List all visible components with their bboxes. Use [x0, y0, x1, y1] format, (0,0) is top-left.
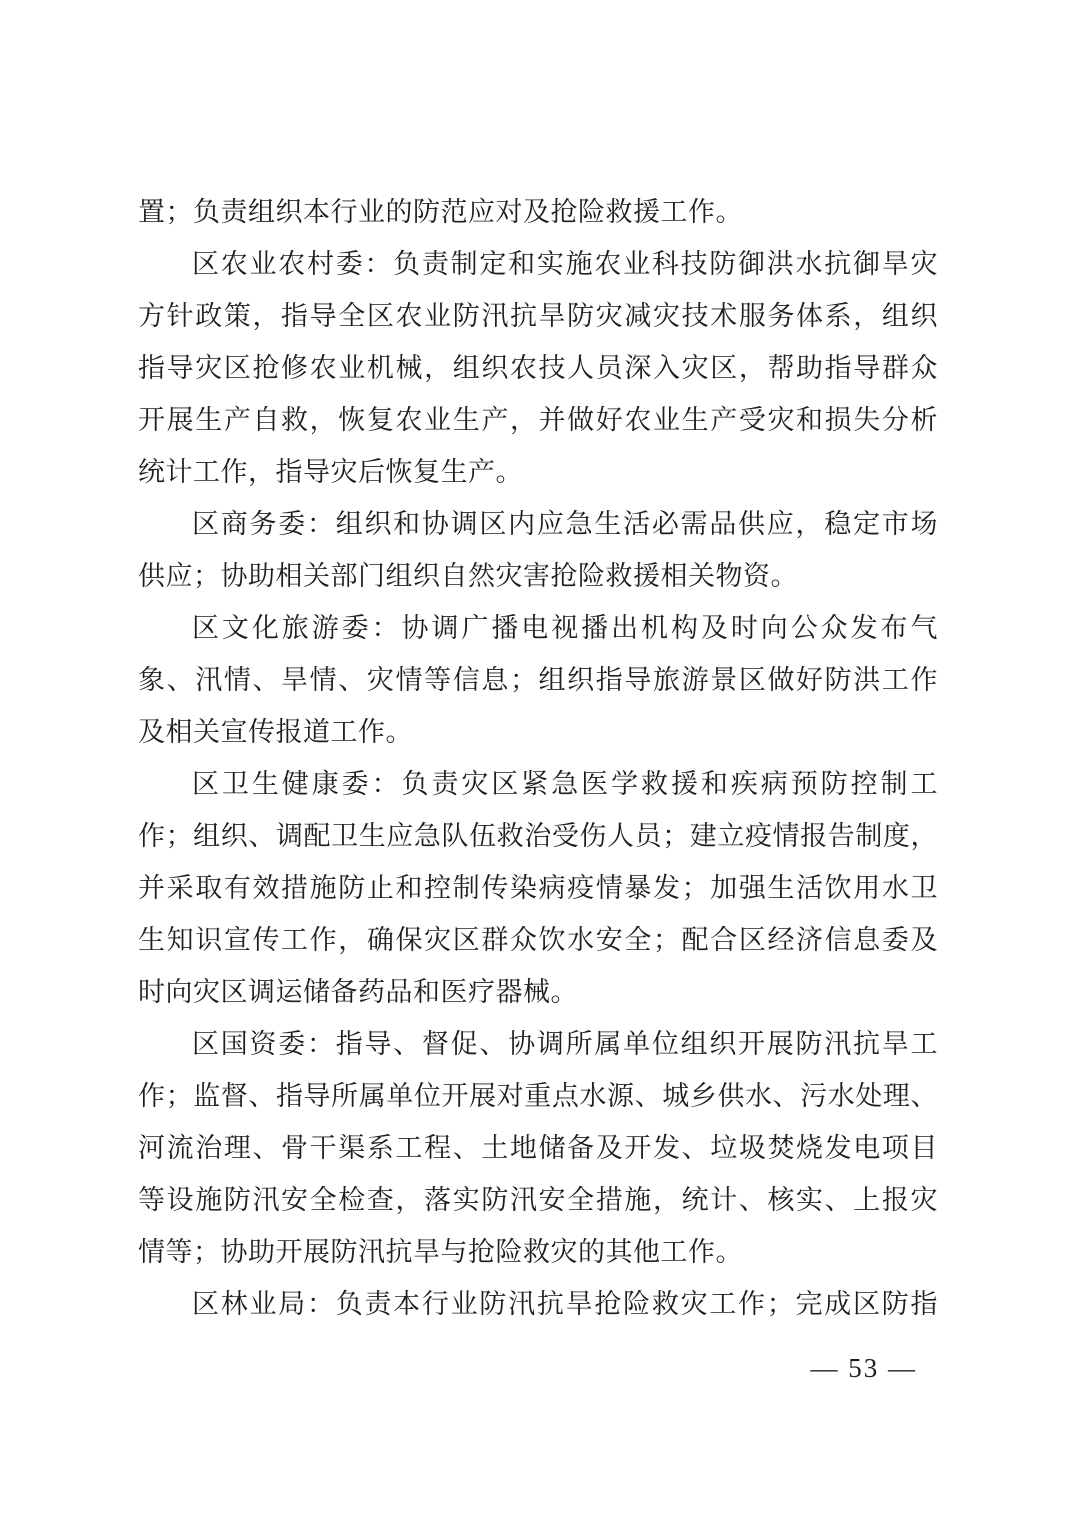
text-line: 生知识宣传工作，确保灾区群众饮水安全；配合区经济信息委及	[138, 914, 938, 966]
text-line: 区林业局：负责本行业防汛抗旱抢险救灾工作；完成区防指	[138, 1278, 938, 1330]
text-line: 情等；协助开展防汛抗旱与抢险救灾的其他工作。	[138, 1226, 938, 1278]
text-line: 区农业农村委：负责制定和实施农业科技防御洪水抗御旱灾	[138, 238, 938, 290]
text-line: 区卫生健康委：负责灾区紧急医学救援和疾病预防控制工	[138, 758, 938, 810]
text-line: 作；组织、调配卫生应急队伍救治受伤人员；建立疫情报告制度，	[138, 810, 938, 862]
text-line: 作；监督、指导所属单位开展对重点水源、城乡供水、污水处理、	[138, 1070, 938, 1122]
text-line: 河流治理、骨干渠系工程、土地储备及开发、垃圾焚烧发电项目	[138, 1122, 938, 1174]
text-line: 区文化旅游委：协调广播电视播出机构及时向公众发布气	[138, 602, 938, 654]
text-line: 等设施防汛安全检查，落实防汛安全措施，统计、核实、上报灾	[138, 1174, 938, 1226]
text-line: 置；负责组织本行业的防范应对及抢险救援工作。	[138, 186, 938, 238]
text-line: 并采取有效措施防止和控制传染病疫情暴发；加强生活饮用水卫	[138, 862, 938, 914]
document-body: 置；负责组织本行业的防范应对及抢险救援工作。区农业农村委：负责制定和实施农业科技…	[138, 186, 938, 1330]
text-line: 及相关宣传报道工作。	[138, 706, 938, 758]
text-line: 方针政策，指导全区农业防汛抗旱防灾减灾技术服务体系，组织	[138, 290, 938, 342]
document-page: 置；负责组织本行业的防范应对及抢险救援工作。区农业农村委：负责制定和实施农业科技…	[0, 0, 1074, 1520]
text-line: 区商务委：组织和协调区内应急生活必需品供应，稳定市场	[138, 498, 938, 550]
text-line: 区国资委：指导、督促、协调所属单位组织开展防汛抗旱工	[138, 1018, 938, 1070]
text-line: 指导灾区抢修农业机械，组织农技人员深入灾区，帮助指导群众	[138, 342, 938, 394]
text-line: 供应；协助相关部门组织自然灾害抢险救援相关物资。	[138, 550, 938, 602]
text-line: 象、汛情、旱情、灾情等信息；组织指导旅游景区做好防洪工作	[138, 654, 938, 706]
text-line: 统计工作，指导灾后恢复生产。	[138, 446, 938, 498]
text-line: 时向灾区调运储备药品和医疗器械。	[138, 966, 938, 1018]
text-line: 开展生产自救，恢复农业生产，并做好农业生产受灾和损失分析	[138, 394, 938, 446]
page-number: — 53 —	[811, 1352, 918, 1384]
